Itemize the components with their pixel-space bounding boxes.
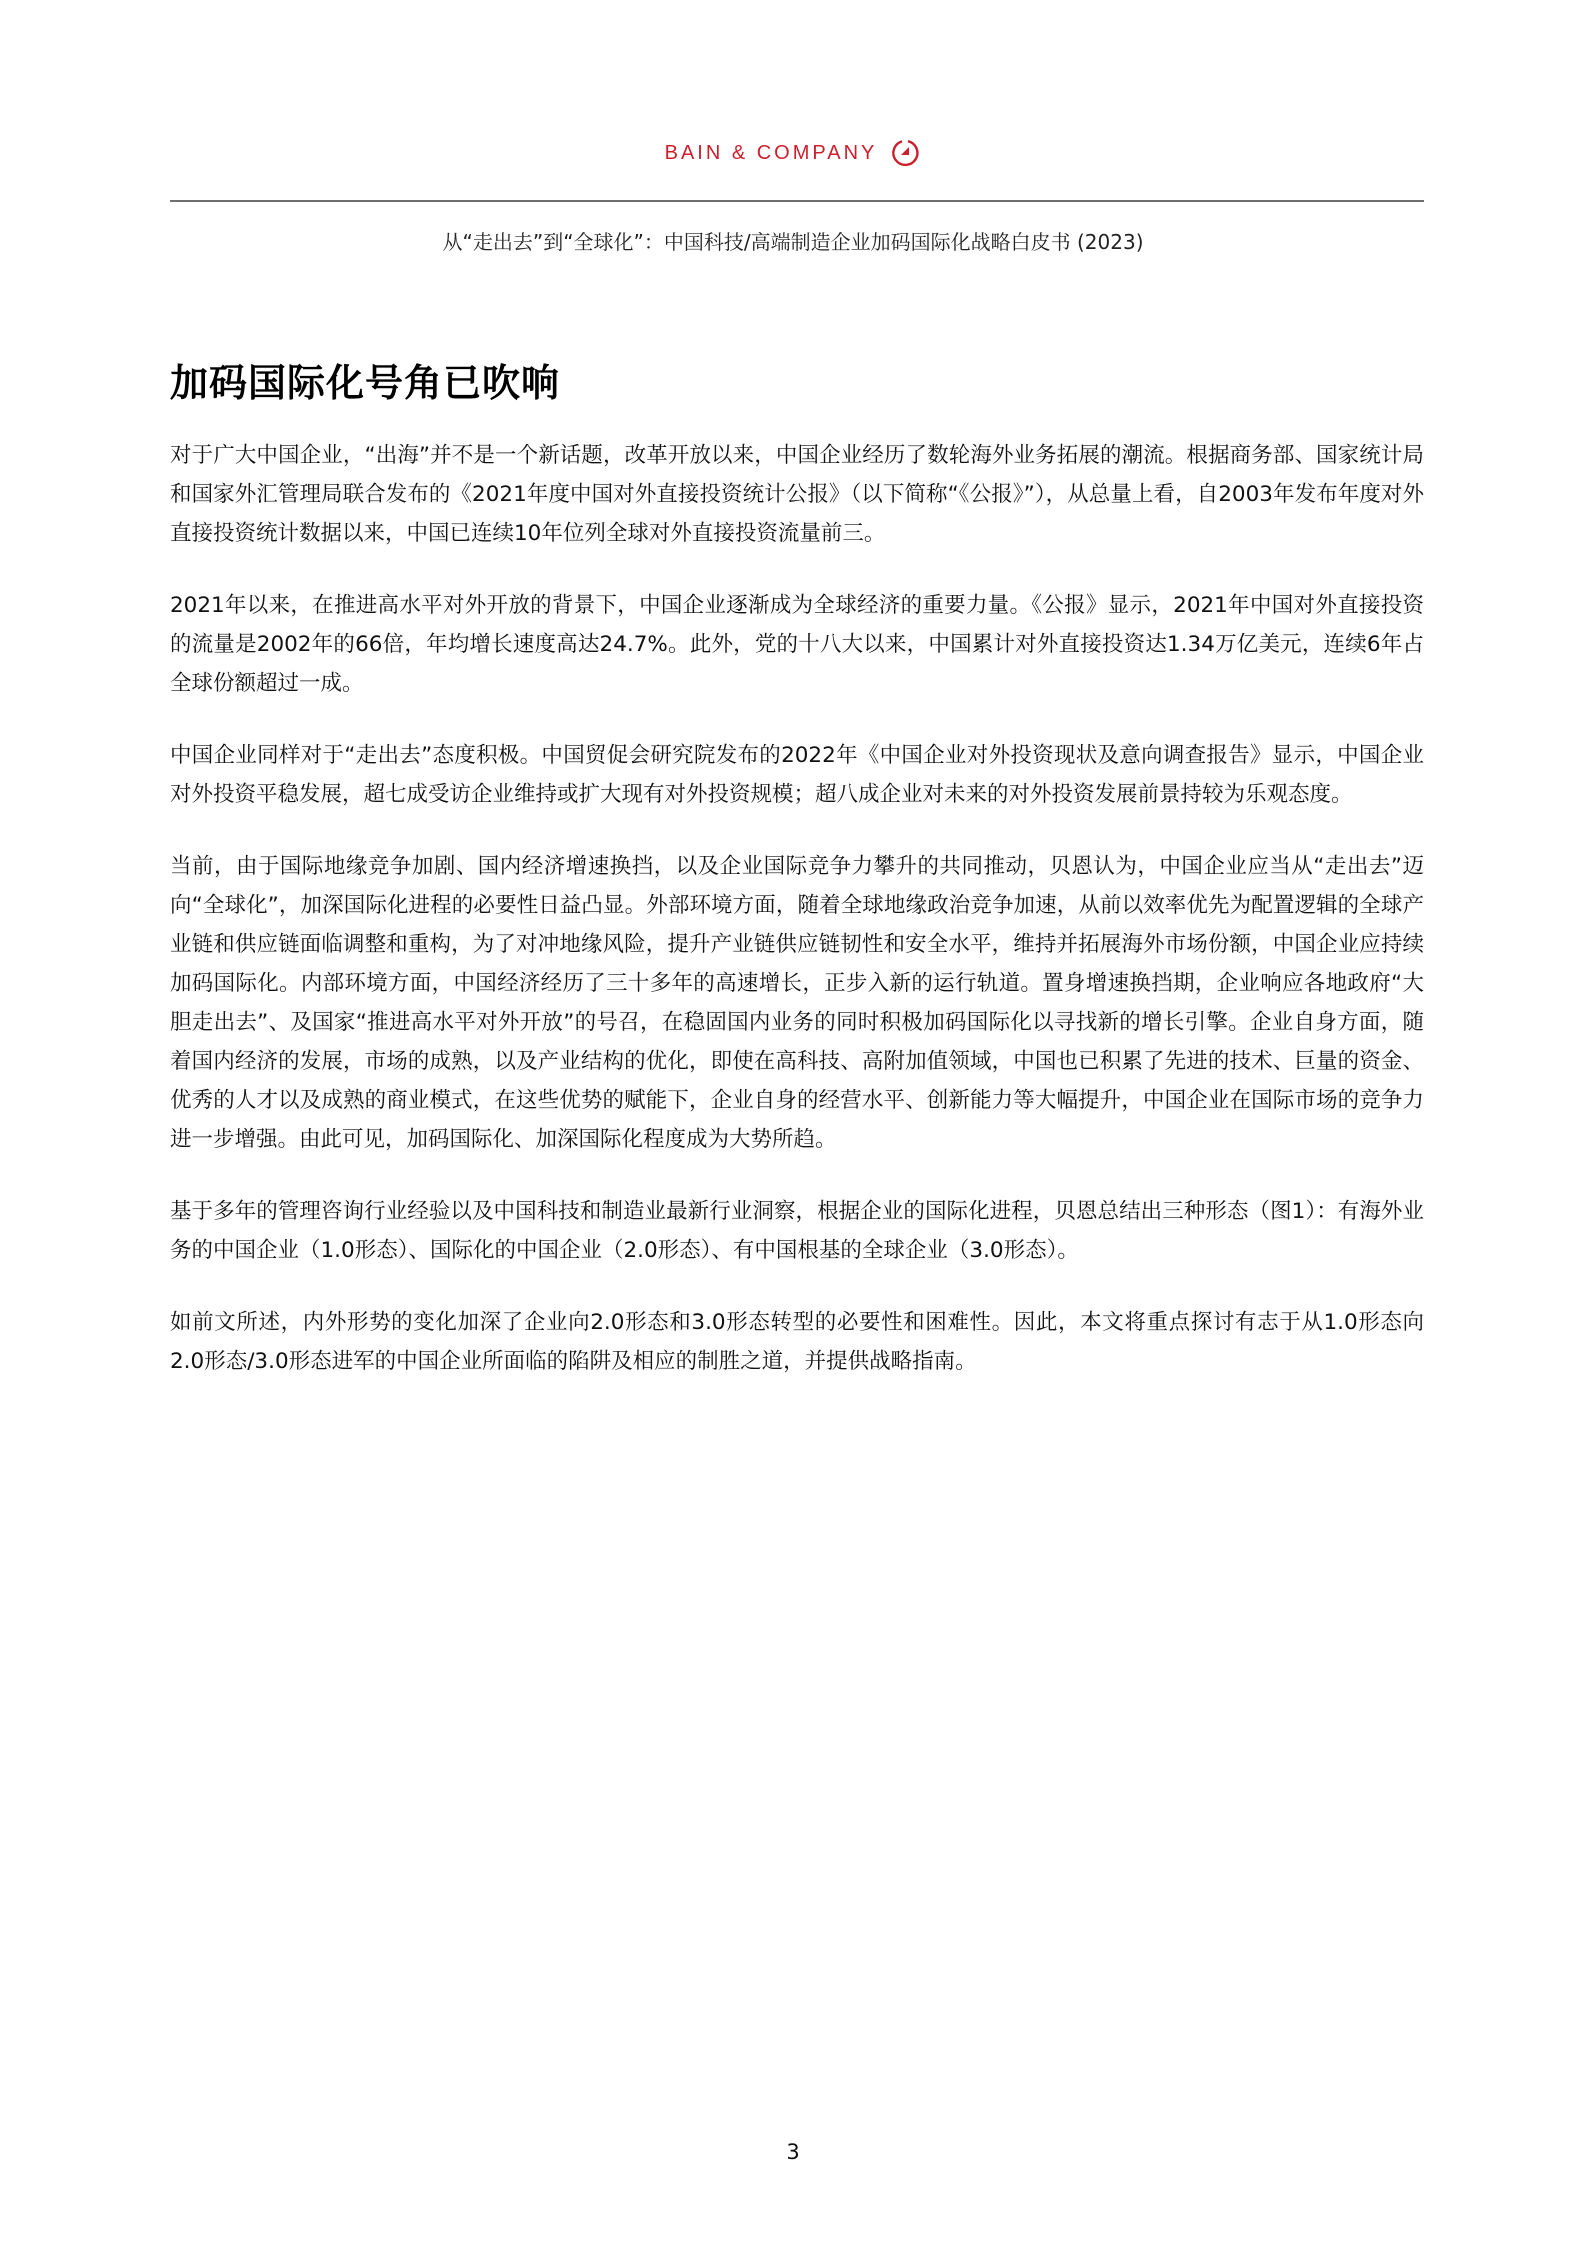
paragraph-4: 当前，由于国际地缘竞争加剧、国内经济增速换挡，以及企业国际竞争力攀升的共同推动，…: [170, 847, 1424, 1159]
header-divider: [170, 200, 1424, 202]
paragraph-1: 对于广大中国企业，“出海”并不是一个新话题，改革开放以来，中国企业经历了数轮海外…: [170, 436, 1424, 553]
brand-name: BAIN & COMPANY: [665, 142, 878, 165]
paragraph-3: 中国企业同样对于“走出去”态度积极。中国贸促会研究院发布的2022年《中国企业对…: [170, 736, 1424, 814]
paragraph-6: 如前文所述，内外形势的变化加深了企业向2.0形态和3.0形态转型的必要性和困难性…: [170, 1303, 1424, 1381]
section-title: 加码国际化号角已吹响: [170, 352, 560, 407]
section-body: 对于广大中国企业，“出海”并不是一个新话题，改革开放以来，中国企业经历了数轮海外…: [170, 436, 1424, 1414]
paragraph-2: 2021年以来，在推进高水平对外开放的背景下，中国企业逐渐成为全球经济的重要力量…: [170, 586, 1424, 703]
bain-logo-icon: [891, 138, 921, 168]
page-number: 3: [0, 2140, 1586, 2164]
brand-logo: BAIN & COMPANY: [0, 138, 1586, 168]
paragraph-5: 基于多年的管理咨询行业经验以及中国科技和制造业最新行业洞察，根据企业的国际化进程…: [170, 1192, 1424, 1270]
document-subtitle: 从“走出去”到“全球化”：中国科技/高端制造企业加码国际化战略白皮书 (2023…: [0, 226, 1586, 255]
